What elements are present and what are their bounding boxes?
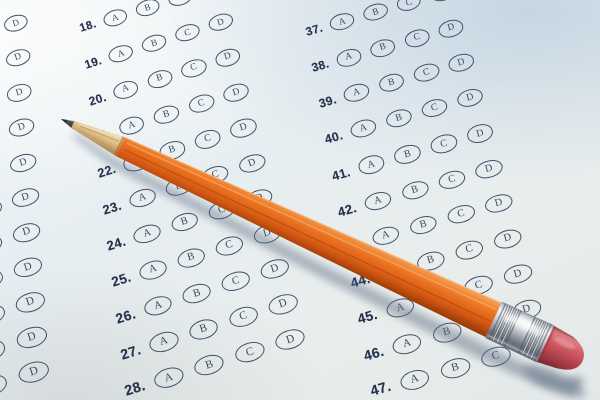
bubble-a[interactable]: A	[390, 331, 423, 357]
bubble-letter: C	[203, 132, 213, 144]
bubble-d[interactable]: D	[266, 290, 300, 317]
bubble-letter: D	[530, 337, 541, 351]
bubble-letter: D	[21, 225, 32, 238]
bubble-letter: A	[137, 191, 147, 204]
bubble-d[interactable]: D	[5, 81, 34, 104]
bubble-d[interactable]: D	[221, 81, 251, 105]
bubble-b[interactable]: B	[384, 107, 414, 130]
bubble-letter: A	[121, 83, 131, 95]
bubble-letter: D	[261, 227, 272, 240]
bubble-letter: C	[176, 0, 185, 3]
bubble-d[interactable]: D	[4, 47, 32, 70]
question-number: 27.	[118, 341, 142, 362]
bubble-a[interactable]: A	[106, 43, 134, 66]
bubble-a[interactable]: A	[142, 292, 175, 318]
bubble-letter: D	[20, 191, 30, 204]
bubble-d[interactable]: D	[236, 151, 267, 176]
bubble-b[interactable]: B	[415, 248, 447, 273]
bubble-letter: C	[447, 173, 457, 185]
bubble-c[interactable]: C	[0, 197, 4, 222]
bubble-letter: A	[116, 48, 125, 60]
bubble-letter: A	[373, 194, 383, 207]
bubble-letter: C	[210, 168, 220, 181]
bubble-b[interactable]: B	[407, 213, 439, 238]
question-number: 18.	[78, 18, 98, 35]
bubble-d[interactable]: D	[214, 46, 243, 69]
bubble-c[interactable]: C	[0, 336, 8, 364]
question-number: 36.	[297, 0, 317, 2]
bubble-a[interactable]: A	[356, 153, 386, 177]
bubble-letter: B	[173, 179, 183, 192]
bubble-letter: A	[401, 336, 412, 350]
question-number: 40.	[323, 128, 344, 146]
question-number: 37.	[304, 21, 324, 38]
bubble-letter: A	[409, 372, 420, 386]
bubble-a[interactable]: A	[116, 114, 146, 138]
bubble-b[interactable]: B	[423, 284, 456, 310]
bubble-b[interactable]: B	[376, 72, 405, 95]
bubble-b[interactable]: B	[151, 103, 181, 127]
bubble-c[interactable]: C	[199, 162, 230, 187]
bubble-c[interactable]: C	[428, 132, 458, 156]
bubble-d[interactable]: D	[6, 116, 36, 140]
question-number: 41.	[329, 164, 351, 184]
bubble-letter: A	[358, 122, 368, 135]
bubble-a[interactable]: A	[136, 256, 168, 282]
bubble-letter: C	[217, 203, 227, 216]
bubble-b[interactable]: B	[134, 0, 162, 19]
bubble-b[interactable]: B	[145, 67, 174, 90]
bubble-d[interactable]: D	[273, 325, 307, 352]
bubble-letter: B	[204, 357, 215, 371]
bubble-letter: D	[465, 92, 475, 105]
bubble-d[interactable]: D	[446, 52, 475, 75]
bubble-letter: B	[394, 112, 403, 124]
bubble-letter: A	[337, 15, 346, 26]
bubble-letter: C	[490, 349, 500, 363]
bubble-c[interactable]: C	[470, 308, 503, 334]
question-number: 23.	[100, 197, 123, 217]
bubble-letter: D	[238, 121, 248, 134]
pencil-graphite-tip	[59, 115, 76, 129]
bubble-letter: B	[379, 41, 388, 52]
bubble-letter: A	[387, 265, 397, 278]
question-number: 45.	[355, 307, 378, 327]
bubble-d[interactable]: D	[9, 185, 41, 210]
bubble-b[interactable]: B	[175, 244, 207, 270]
bubble-letter: B	[198, 321, 209, 335]
bubble-d[interactable]: D	[258, 255, 291, 281]
bubble-letter: C	[438, 137, 447, 149]
bubble-letter: D	[28, 364, 40, 379]
bubble-letter: D	[26, 330, 37, 344]
bubble-letter: B	[186, 251, 196, 264]
bubble-letter: D	[456, 56, 466, 68]
bubble-c[interactable]: C	[478, 343, 512, 370]
bubble-letter: C	[404, 0, 413, 8]
question-number: 24.	[105, 233, 128, 253]
question-number: 47.	[368, 379, 392, 400]
bubble-letter: B	[386, 77, 395, 89]
bubble-letter: D	[254, 191, 264, 204]
bubble-a[interactable]: A	[363, 188, 394, 212]
bubble-letter: D	[215, 16, 224, 28]
bubble-d[interactable]: D	[464, 122, 494, 146]
bubble-d[interactable]: D	[206, 11, 234, 34]
bubble-c[interactable]: C	[436, 167, 467, 191]
bubble-c[interactable]: C	[0, 266, 6, 293]
answer-sheet-photo: 18.ABCD19.ABCD20.ABCD21.ABCD22.ABCD23.AB…	[0, 0, 600, 400]
edge-partial-row: CD	[0, 44, 33, 82]
bubble-b[interactable]: B	[400, 178, 431, 202]
bubble-letter: D	[246, 156, 256, 169]
bubble-letter: D	[269, 261, 280, 275]
bubble-letter: C	[481, 314, 491, 328]
bubble-letter: B	[143, 2, 152, 13]
bubble-b[interactable]: B	[140, 32, 168, 55]
bubble-letter: C	[464, 243, 474, 256]
question-number: 20.	[87, 89, 108, 108]
bubble-letter: A	[110, 12, 119, 23]
bubble-letter: D	[484, 162, 494, 175]
edge-partial-row: CD	[0, 79, 35, 118]
bubble-a[interactable]: A	[121, 150, 151, 174]
bubble-d[interactable]: D	[492, 226, 524, 251]
bubble-d[interactable]: D	[228, 116, 258, 140]
bubble-letter: C	[189, 62, 198, 73]
bubble-b[interactable]: B	[180, 280, 213, 306]
bubble-letter: D	[502, 232, 512, 245]
bubble-c[interactable]: C	[193, 127, 223, 151]
bubble-letter: D	[277, 296, 288, 310]
bubble-letter: B	[161, 108, 170, 120]
bubble-c[interactable]: C	[173, 22, 201, 45]
bubble-a[interactable]: A	[101, 7, 129, 29]
bubble-d[interactable]: D	[428, 0, 456, 4]
bubble-c[interactable]: C	[411, 62, 440, 85]
bubble-letter: D	[18, 156, 28, 169]
bubble-letter: D	[223, 51, 233, 63]
bubble-letter: A	[158, 334, 169, 348]
bubble-c[interactable]: C	[453, 237, 485, 262]
bubble-c[interactable]: C	[403, 27, 432, 49]
bubble-letter: D	[11, 17, 20, 28]
bubble-letter: D	[16, 121, 26, 134]
edge-partial-row: CD	[0, 10, 30, 47]
bubble-d[interactable]: D	[13, 289, 47, 316]
bubble-b[interactable]: B	[430, 319, 463, 345]
bubble-letter: A	[126, 119, 136, 132]
bubble-letter: D	[25, 295, 36, 309]
bubble-d[interactable]: D	[519, 331, 553, 358]
question-number: 44.	[349, 271, 372, 291]
bubble-d[interactable]: D	[483, 191, 515, 216]
bubble-b[interactable]: B	[192, 351, 226, 378]
question-number: 43.	[342, 235, 365, 255]
bubble-d[interactable]: D	[473, 157, 504, 181]
bubble-letter: D	[13, 52, 22, 64]
bubble-letter: D	[512, 267, 523, 281]
bubble-a[interactable]: A	[383, 295, 416, 321]
bubble-c[interactable]: C	[0, 371, 10, 400]
bubble-letter: D	[231, 86, 241, 99]
bubble-c[interactable]: C	[219, 268, 252, 294]
bubble-letter: B	[149, 37, 158, 48]
bubble-letter: B	[418, 219, 428, 231]
bubble-letter: A	[366, 158, 376, 171]
bubble-letter: C	[182, 27, 191, 38]
question-number: 46.	[362, 343, 386, 364]
bubble-d[interactable]: D	[501, 261, 534, 287]
bubble-letter: C	[413, 32, 422, 43]
bubble-letter: A	[163, 370, 174, 384]
bubble-letter: D	[14, 86, 24, 99]
bubble-letter: D	[493, 197, 503, 210]
question-number: 21.	[91, 125, 112, 144]
bubble-a[interactable]: A	[131, 221, 163, 246]
bubble-a[interactable]: A	[397, 366, 431, 393]
bubble-a[interactable]: A	[147, 328, 181, 355]
bubble-letter: C	[430, 102, 439, 114]
bubble-c[interactable]: C	[166, 0, 194, 8]
question-number: 42.	[336, 200, 358, 220]
bubble-d[interactable]: D	[437, 17, 466, 39]
bubble-letter: C	[456, 208, 466, 220]
bubble-d[interactable]: D	[16, 358, 52, 387]
bubble-letter: B	[449, 361, 459, 375]
bubble-b[interactable]: B	[169, 209, 201, 234]
bubble-letter: A	[394, 301, 405, 315]
bubble-c[interactable]: C	[233, 338, 267, 365]
bubble-letter: C	[196, 97, 205, 109]
bubble-b[interactable]: B	[438, 354, 472, 381]
question-number: 38.	[310, 56, 331, 74]
bubble-letter: A	[351, 86, 361, 98]
bubble-letter: B	[410, 183, 420, 195]
bubble-c[interactable]: C	[226, 303, 260, 330]
bubble-letter: C	[230, 274, 240, 288]
question-number: 19.	[83, 54, 103, 72]
bubble-a[interactable]: A	[111, 78, 140, 101]
bubble-letter: C	[473, 278, 483, 292]
bubble-letter: A	[142, 227, 152, 240]
bubble-letter: D	[285, 331, 296, 345]
bubble-d[interactable]: D	[251, 220, 283, 246]
question-number: 39.	[317, 92, 338, 110]
bubble-letter: A	[147, 263, 158, 276]
bubble-letter: A	[380, 229, 390, 242]
bubble-a[interactable]: A	[349, 117, 379, 140]
edge-partial-row: CD	[0, 355, 53, 400]
bubble-c[interactable]: C	[395, 0, 423, 13]
bubble-letter: B	[402, 148, 411, 160]
bubble-a[interactable]: A	[152, 363, 186, 390]
question-number: 26.	[114, 305, 138, 325]
bubble-d[interactable]: D	[8, 150, 39, 175]
bubble-letter: A	[131, 155, 141, 168]
bubble-c[interactable]: C	[213, 232, 245, 258]
bubble-c[interactable]: C	[0, 162, 2, 187]
bubble-c[interactable]: C	[206, 197, 238, 222]
bubble-a[interactable]: A	[126, 185, 157, 210]
bubble-d[interactable]: D	[15, 323, 50, 351]
bubble-letter: C	[421, 67, 430, 79]
bubble-c[interactable]: C	[462, 273, 495, 299]
bubble-c[interactable]: C	[0, 231, 5, 257]
bubble-d[interactable]: D	[455, 87, 485, 110]
bubble-c[interactable]: C	[445, 202, 477, 227]
bubble-letter: B	[155, 73, 164, 84]
bubble-letter: D	[521, 302, 532, 316]
bubble-c[interactable]: C	[420, 97, 450, 120]
bubble-letter: C	[244, 344, 255, 358]
bubble-b[interactable]: B	[392, 142, 422, 166]
bubble-letter: B	[179, 215, 189, 228]
bubble-a[interactable]: A	[342, 82, 371, 105]
question-number: 25.	[109, 269, 132, 289]
bubble-letter: B	[434, 289, 444, 303]
bubble-b[interactable]: B	[369, 36, 398, 58]
bubble-b[interactable]: B	[186, 315, 220, 342]
bubble-letter: B	[192, 286, 202, 300]
bubble-letter: B	[426, 254, 436, 267]
bubble-letter: D	[474, 127, 484, 140]
bubble-letter: B	[167, 144, 177, 156]
bubble-letter: A	[152, 298, 163, 312]
bubble-d[interactable]: D	[12, 254, 45, 281]
bubble-letter: C	[224, 239, 234, 252]
bubble-c[interactable]: C	[186, 92, 216, 116]
question-number: 28.	[123, 377, 148, 399]
bubble-b[interactable]: B	[361, 1, 389, 23]
bubble-a[interactable]: A	[369, 224, 401, 249]
bubble-letter: B	[442, 325, 452, 339]
bubble-d[interactable]: D	[510, 296, 543, 322]
bubble-letter: C	[237, 309, 248, 323]
bubble-d[interactable]: D	[243, 186, 275, 211]
bubble-letter: A	[344, 51, 353, 62]
bubble-letter: D	[447, 22, 456, 33]
question-number: 22.	[96, 162, 118, 181]
bubble-b[interactable]: B	[157, 138, 187, 162]
bubble-d[interactable]: D	[11, 219, 43, 245]
bubble-letter: D	[23, 260, 34, 274]
bubble-a[interactable]: A	[335, 46, 364, 68]
bubble-c[interactable]: C	[0, 301, 7, 328]
bubble-c[interactable]: C	[179, 57, 208, 80]
bubble-c[interactable]: C	[0, 127, 1, 151]
bubble-a[interactable]: A	[376, 259, 408, 284]
bubble-letter: B	[371, 6, 380, 17]
bubble-a[interactable]: A	[328, 11, 356, 33]
bubble-b[interactable]: B	[163, 174, 194, 199]
bubble-d[interactable]: D	[2, 12, 30, 34]
